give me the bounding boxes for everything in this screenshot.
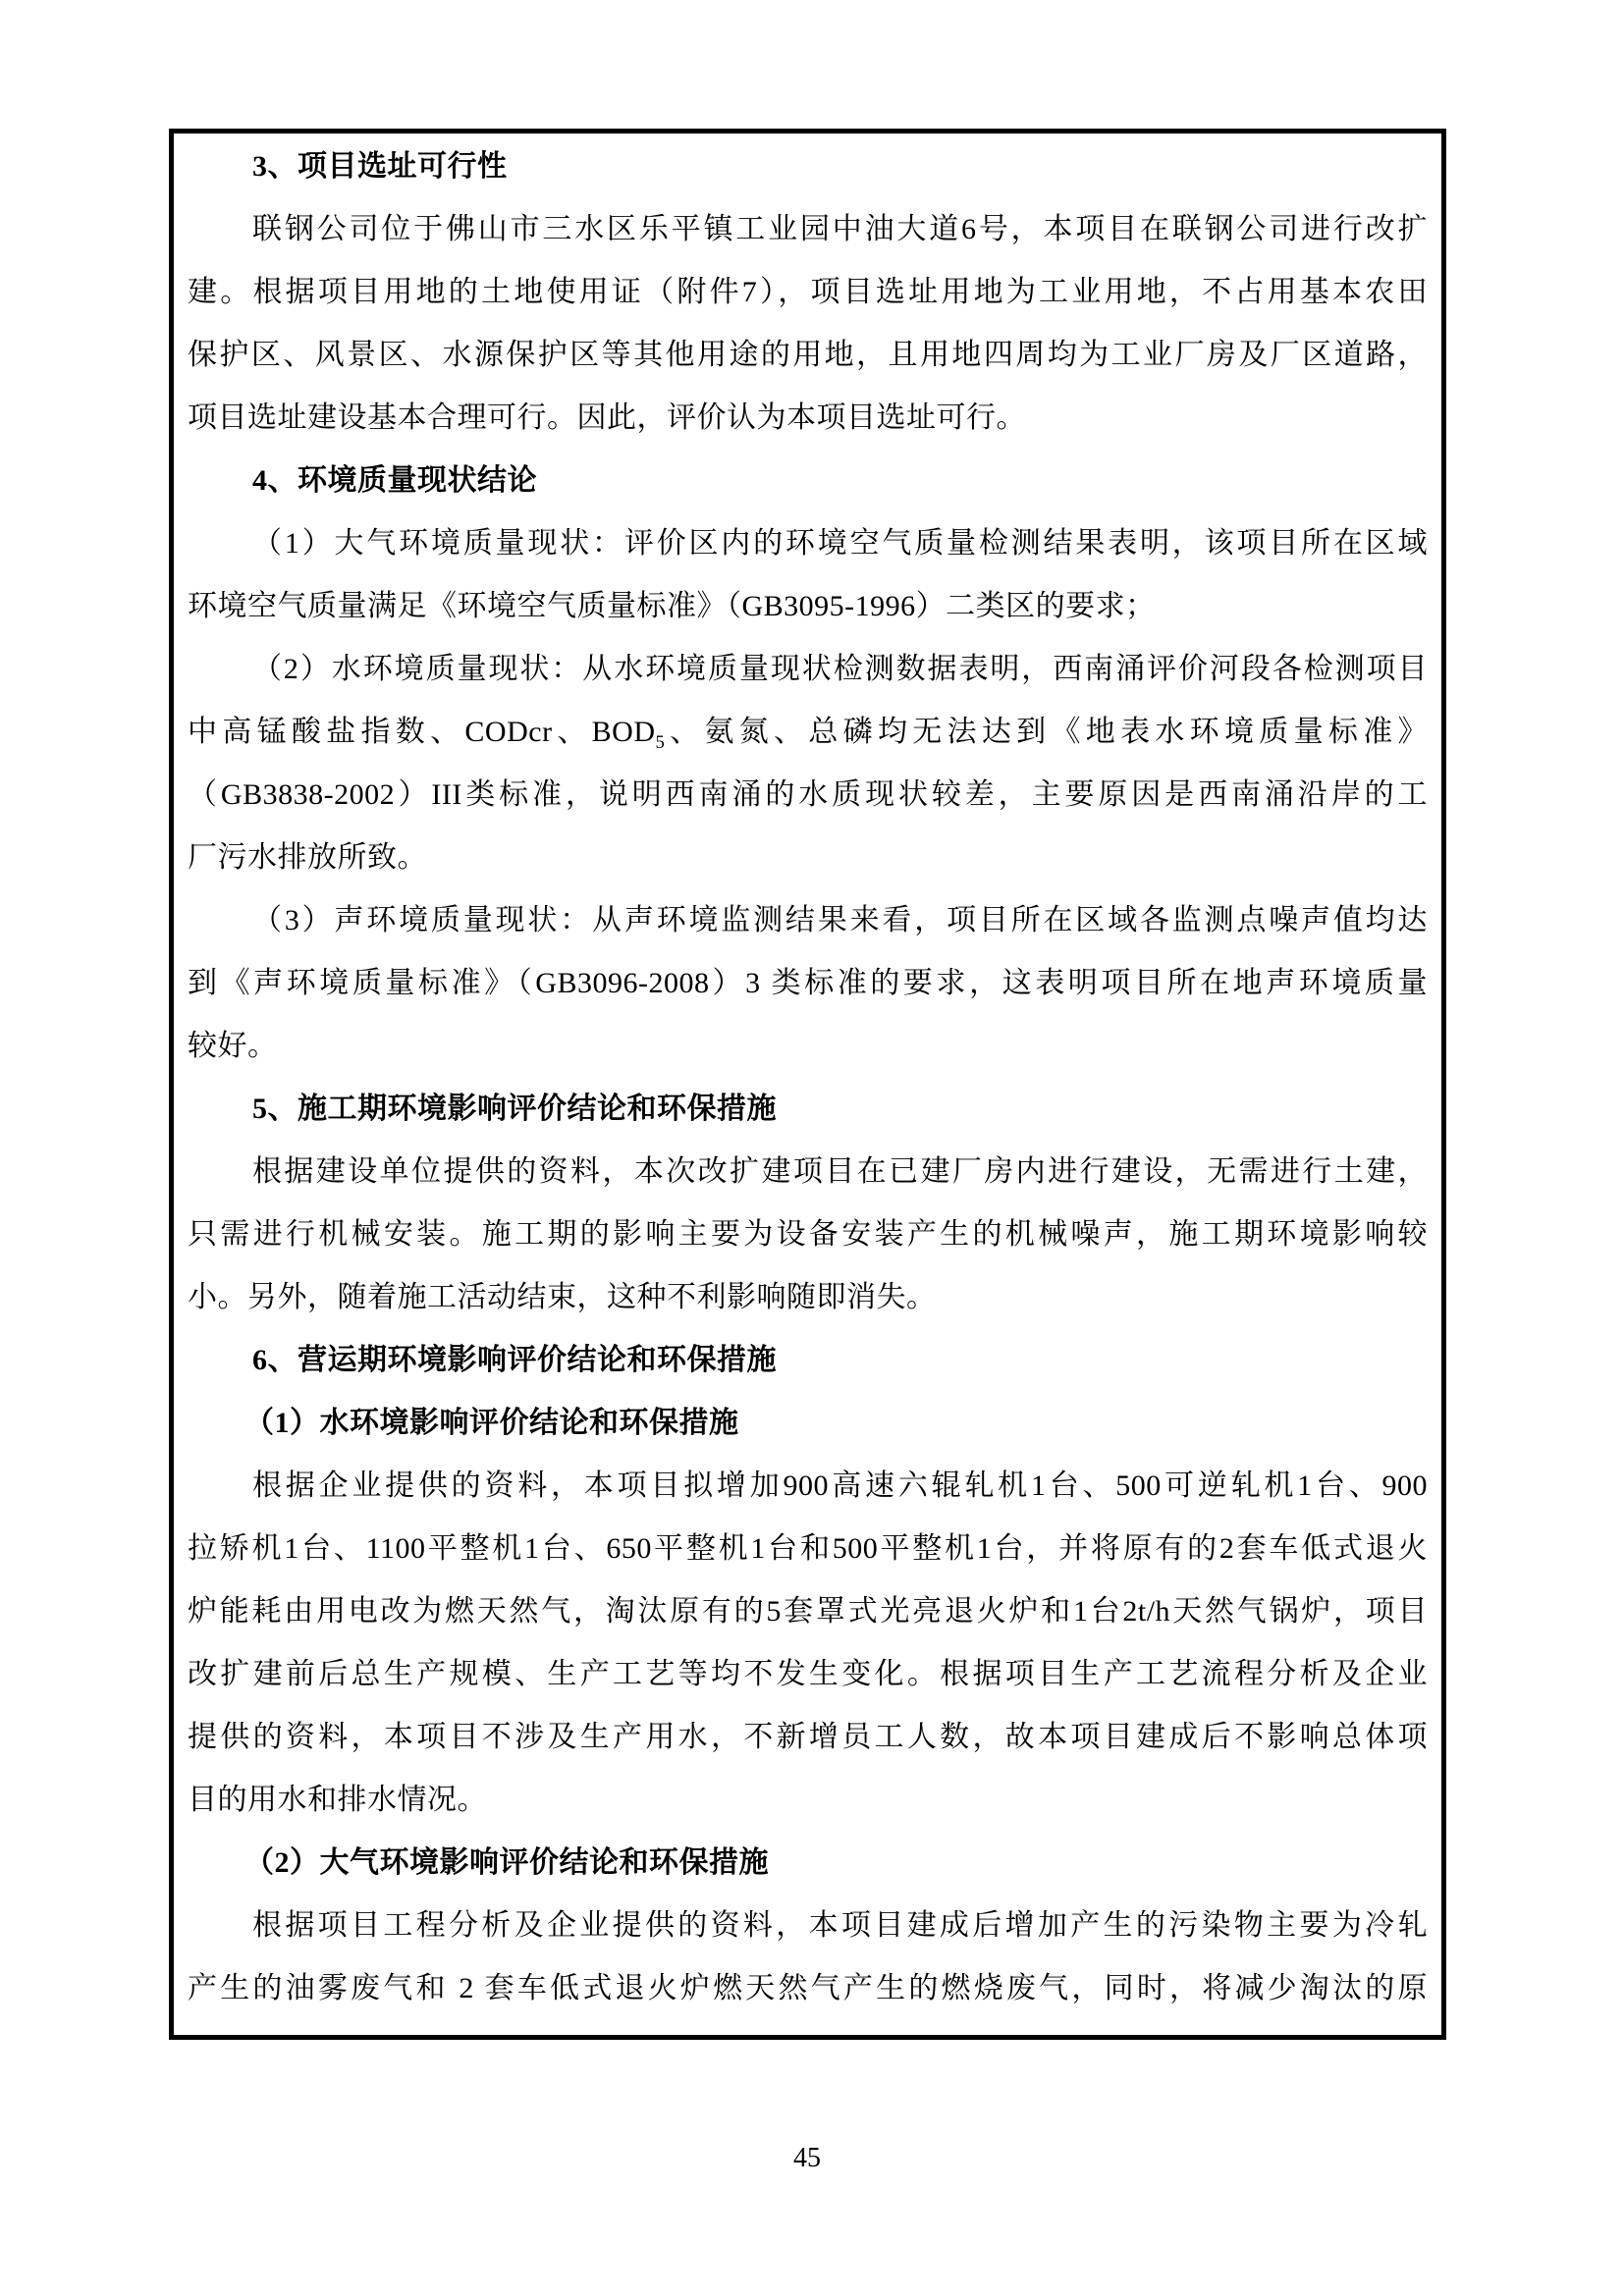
text-run: 环境空气质量满足《环境空气质量标准》（GB3095-1996）二类区的要求；: [188, 590, 1156, 622]
text-line: 拉矫机1台、1100平整机1台、650平整机1台和500平整机1台，并将原有的2…: [188, 1518, 1428, 1580]
text-run: （1）大气环境质量现状：评价区内的环境空气质量检测结果表明，该项目所在区域: [252, 527, 1428, 560]
text-line: 保护区、风景区、水源保护区等其他用途的用地，且用地四周均为工业厂房及厂区道路，: [188, 324, 1428, 387]
text-line: 只需进行机械安装。施工期的影响主要为设备安装产生的机械噪声，施工期环境影响较: [188, 1203, 1428, 1266]
text-run: 保护区、风景区、水源保护区等其他用途的用地，且用地四周均为工业厂房及厂区道路，: [188, 339, 1428, 371]
text-run: 3、项目选址可行性: [252, 150, 508, 183]
text-line: 根据建设单位提供的资料，本次改扩建项目在已建厂房内进行建设，无需进行土建，: [188, 1141, 1428, 1203]
text-line: 中高锰酸盐指数、CODcr、BOD5、氨氮、总磷均无法达到《地表水环境质量标准》: [188, 701, 1428, 764]
text-line: （3）声环境质量现状：从声环境监测结果来看，项目所在区域各监测点噪声值均达: [188, 889, 1428, 952]
page-number: 45: [0, 2143, 1614, 2174]
text-line: 根据企业提供的资料，本项目拟增加900高速六辊轧机1台、500可逆轧机1台、90…: [188, 1455, 1428, 1518]
text-line: 目的用水和排水情况。: [188, 1769, 1428, 1832]
text-run: 根据企业提供的资料，本项目拟增加900高速六辊轧机1台、500可逆轧机1台、90…: [252, 1469, 1428, 1502]
section-heading: 5、施工期环境影响评价结论和环保措施: [188, 1078, 1428, 1141]
text-line: 产生的油雾废气和 2 套车低式退火炉燃天然气产生的燃烧废气，同时，将减少淘汰的原: [188, 1957, 1428, 2020]
text-line: 改扩建前后总生产规模、生产工艺等均不发生变化。根据项目生产工艺流程分析及企业: [188, 1643, 1428, 1706]
section-heading: （1）水环境影响评价结论和环保措施: [188, 1392, 1428, 1455]
text-run: （GB3838-2002）III类标准，说明西南涌的水质现状较差，主要原因是西南…: [188, 778, 1428, 811]
text-run: （2）水环境质量现状：从水环境质量现状检测数据表明，西南涌评价河段各检测项目: [252, 653, 1428, 685]
text-line: 联钢公司位于佛山市三水区乐平镇工业园中油大道6号，本项目在联钢公司进行改扩: [188, 198, 1428, 261]
text-line: 项目选址建设基本合理可行。因此，评价认为本项目选址可行。: [188, 387, 1428, 450]
text-run: 提供的资料，本项目不涉及生产用水，不新增员工人数，故本项目建成后不影响总体项: [188, 1721, 1428, 1753]
text-run: 5、施工期环境影响评价结论和环保措施: [252, 1093, 777, 1125]
text-run: 建。根据项目用地的土地使用证（附件7），项目选址用地为工业用地，不占用基本农田: [188, 276, 1428, 308]
text-run: 根据建设单位提供的资料，本次改扩建项目在已建厂房内进行建设，无需进行土建，: [252, 1155, 1428, 1188]
text-run: 厂污水排放所致。: [188, 841, 427, 874]
section-heading: 4、环境质量现状结论: [188, 450, 1428, 512]
text-line: 根据项目工程分析及企业提供的资料，本项目建成后增加产生的污染物主要为冷轧: [188, 1895, 1428, 1957]
text-run: 改扩建前后总生产规模、生产工艺等均不发生变化。根据项目生产工艺流程分析及企业: [188, 1658, 1428, 1690]
text-run: 联钢公司位于佛山市三水区乐平镇工业园中油大道6号，本项目在联钢公司进行改扩: [252, 213, 1428, 245]
text-run: 目的用水和排水情况。: [188, 1784, 487, 1816]
section-heading: 6、营运期环境影响评价结论和环保措施: [188, 1329, 1428, 1392]
text-line: 环境空气质量满足《环境空气质量标准》（GB3095-1996）二类区的要求；: [188, 575, 1428, 638]
report-cell: 3、项目选址可行性联钢公司位于佛山市三水区乐平镇工业园中油大道6号，本项目在联钢…: [169, 129, 1446, 2040]
subscript-text: 5: [656, 732, 666, 753]
text-line: （GB3838-2002）III类标准，说明西南涌的水质现状较差，主要原因是西南…: [188, 764, 1428, 827]
text-run: 项目选址建设基本合理可行。因此，评价认为本项目选址可行。: [188, 401, 1026, 434]
text-run: 中高锰酸盐指数、CODcr、BOD: [188, 716, 656, 748]
text-run: 小。另外，随着施工活动结束，这种不利影响随即消失。: [188, 1281, 937, 1313]
text-run: 较好。: [188, 1030, 278, 1062]
text-run: 只需进行机械安装。施工期的影响主要为设备安装产生的机械噪声，施工期环境影响较: [188, 1218, 1428, 1251]
text-line: 较好。: [188, 1015, 1428, 1078]
text-line: 提供的资料，本项目不涉及生产用水，不新增员工人数，故本项目建成后不影响总体项: [188, 1706, 1428, 1769]
text-run: （3）声环境质量现状：从声环境监测结果来看，项目所在区域各监测点噪声值均达: [252, 904, 1428, 936]
text-line: 炉能耗由用电改为燃天然气，淘汰原有的5套罩式光亮退火炉和1台2t/h天然气锅炉，…: [188, 1580, 1428, 1643]
text-line: 小。另外，随着施工活动结束，这种不利影响随即消失。: [188, 1266, 1428, 1329]
text-run: 产生的油雾废气和 2 套车低式退火炉燃天然气产生的燃烧废气，同时，将减少淘汰的原: [188, 1972, 1428, 2004]
text-line: （1）大气环境质量现状：评价区内的环境空气质量检测结果表明，该项目所在区域: [188, 512, 1428, 575]
section-heading: （2）大气环境影响评价结论和环保措施: [188, 1832, 1428, 1895]
text-line: 建。根据项目用地的土地使用证（附件7），项目选址用地为工业用地，不占用基本农田: [188, 261, 1428, 324]
text-line: （2）水环境质量现状：从水环境质量现状检测数据表明，西南涌评价河段各检测项目: [188, 638, 1428, 701]
text-line: 厂污水排放所致。: [188, 827, 1428, 889]
text-run: 、氨氮、总磷均无法达到《地表水环境质量标准》: [665, 716, 1428, 748]
text-run: 4、环境质量现状结论: [252, 464, 537, 497]
text-run: 根据项目工程分析及企业提供的资料，本项目建成后增加产生的污染物主要为冷轧: [252, 1909, 1428, 1942]
text-run: （1）水环境影响评价结论和环保措施: [244, 1407, 739, 1439]
text-run: 6、营运期环境影响评价结论和环保措施: [252, 1344, 777, 1376]
text-run: 拉矫机1台、1100平整机1台、650平整机1台和500平整机1台，并将原有的2…: [188, 1532, 1428, 1565]
section-heading: 3、项目选址可行性: [188, 135, 1428, 198]
text-run: （2）大气环境影响评价结论和环保措施: [244, 1846, 769, 1879]
text-run: 到《声环境质量标准》（GB3096-2008）3 类标准的要求，这表明项目所在地…: [188, 967, 1428, 999]
text-line: 到《声环境质量标准》（GB3096-2008）3 类标准的要求，这表明项目所在地…: [188, 952, 1428, 1015]
text-run: 炉能耗由用电改为燃天然气，淘汰原有的5套罩式光亮退火炉和1台2t/h天然气锅炉，…: [188, 1595, 1428, 1628]
